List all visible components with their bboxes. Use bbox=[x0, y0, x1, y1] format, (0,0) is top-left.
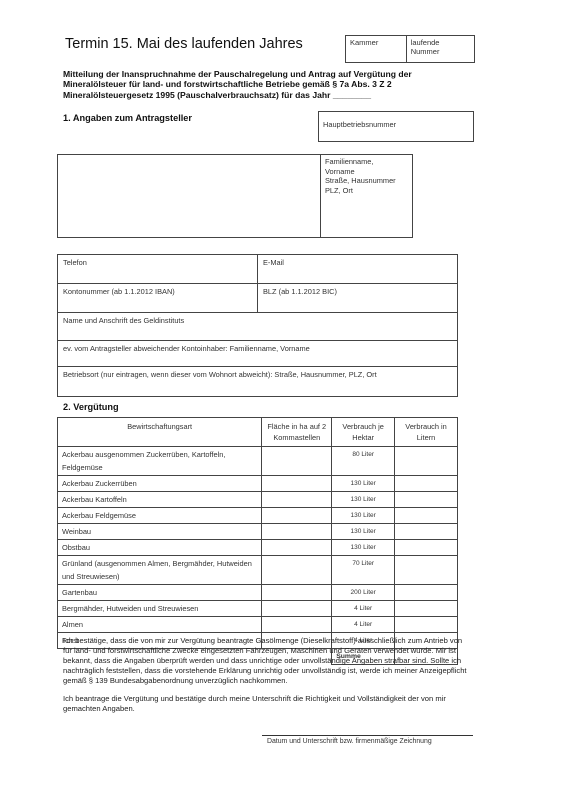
table-row: Obstbau130 Liter bbox=[58, 540, 458, 556]
verbrauch-je-hektar-cell: 4 Liter bbox=[332, 601, 395, 617]
declaration-paragraph-2: Ich beantrage die Vergütung und bestätig… bbox=[63, 694, 473, 714]
verbrauch-in-litern-input[interactable] bbox=[395, 508, 458, 524]
col-verbrauch-je-hektar: Verbrauch je Hektar bbox=[332, 418, 395, 447]
verbrauch-je-hektar-cell: 70 Liter bbox=[332, 556, 395, 585]
flaeche-input[interactable] bbox=[262, 524, 332, 540]
kontonummer-label: Kontonummer (ab 1.1.2012 IBAN) bbox=[63, 287, 175, 296]
section2-heading: 2. Vergütung bbox=[63, 402, 119, 412]
table-header: Bewirtschaftungsart Fläche in ha auf 2 K… bbox=[58, 418, 458, 447]
verbrauch-in-litern-input[interactable] bbox=[395, 585, 458, 601]
verbrauch-in-litern-input[interactable] bbox=[395, 447, 458, 476]
flaeche-input[interactable] bbox=[262, 540, 332, 556]
verbrauch-je-hektar-cell: 4 Liter bbox=[332, 617, 395, 633]
subtitle-line: Mineralölsteuergesetz 1995 (Pauschalverb… bbox=[63, 90, 443, 100]
section1-heading: 1. Angaben zum Antragsteller bbox=[63, 113, 192, 123]
blz-label: BLZ (ab 1.1.2012 BIC) bbox=[263, 287, 337, 296]
subtitle-line: Mineralölsteuer für land- und forstwirts… bbox=[63, 79, 443, 89]
betriebsort-label: Betriebsort (nur eintragen, wenn dieser … bbox=[63, 370, 377, 379]
table-row: Grünland (ausgenommen Almen, Bergmähder,… bbox=[58, 556, 458, 585]
col-verbrauch-in-litern: Verbrauch in Litern bbox=[395, 418, 458, 447]
verbrauch-in-litern-input[interactable] bbox=[395, 476, 458, 492]
betriebsort-field[interactable]: Betriebsort (nur eintragen, wenn dieser … bbox=[57, 366, 458, 397]
flaeche-input[interactable] bbox=[262, 617, 332, 633]
bewirtschaftungsart-cell: Bergmähder, Hutweiden und Streuwiesen bbox=[58, 601, 262, 617]
blz-field[interactable]: BLZ (ab 1.1.2012 BIC) bbox=[257, 284, 457, 312]
label-strasse: Straße, Hausnummer bbox=[325, 176, 408, 186]
form-subtitle: Mitteilung der Inanspruchnahme der Pausc… bbox=[63, 69, 443, 100]
laufende-nummer-label: laufende Nummer bbox=[411, 38, 440, 56]
address-block: Familienname, Vorname Straße, Hausnummer… bbox=[57, 154, 413, 238]
flaeche-input[interactable] bbox=[262, 447, 332, 476]
declaration-paragraph-1: Ich bestätige, dass die von mir zur Verg… bbox=[63, 636, 473, 686]
geldinstitut-label: Name und Anschrift des Geldinstituts bbox=[63, 316, 184, 325]
signature-label: Datum und Unterschrift bzw. firmenmäßige… bbox=[267, 738, 432, 745]
table-row: Ackerbau ausgenommen Zuckerrüben, Kartof… bbox=[58, 447, 458, 476]
table-row: Ackerbau Kartoffeln130 Liter bbox=[58, 492, 458, 508]
bewirtschaftungsart-cell: Gartenbau bbox=[58, 585, 262, 601]
flaeche-input[interactable] bbox=[262, 585, 332, 601]
bewirtschaftungsart-cell: Ackerbau Kartoffeln bbox=[58, 492, 262, 508]
kammer-number-box: Kammer laufende Nummer bbox=[345, 35, 475, 63]
row-bank: Kontonummer (ab 1.1.2012 IBAN) BLZ (ab 1… bbox=[57, 283, 458, 312]
verbrauch-je-hektar-cell: 130 Liter bbox=[332, 476, 395, 492]
verbrauch-in-litern-input[interactable] bbox=[395, 524, 458, 540]
verbrauch-je-hektar-cell: 80 Liter bbox=[332, 447, 395, 476]
kammer-field[interactable]: Kammer bbox=[346, 36, 407, 62]
address-input[interactable] bbox=[58, 155, 321, 237]
bewirtschaftungsart-cell: Ackerbau Zuckerrüben bbox=[58, 476, 262, 492]
verguetung-table: Bewirtschaftungsart Fläche in ha auf 2 K… bbox=[57, 417, 458, 665]
flaeche-input[interactable] bbox=[262, 508, 332, 524]
row-contact: Telefon E-Mail bbox=[57, 254, 458, 283]
flaeche-input[interactable] bbox=[262, 601, 332, 617]
flaeche-input[interactable] bbox=[262, 492, 332, 508]
hauptbetriebsnummer-label: Hauptbetriebsnummer bbox=[323, 120, 396, 129]
verbrauch-je-hektar-cell: 130 Liter bbox=[332, 492, 395, 508]
laufende-nummer-field[interactable]: laufende Nummer bbox=[407, 36, 474, 62]
flaeche-input[interactable] bbox=[262, 556, 332, 585]
email-label: E-Mail bbox=[263, 258, 284, 267]
col-flaeche: Fläche in ha auf 2 Kommastellen bbox=[262, 418, 332, 447]
label-vorname: Vorname bbox=[325, 167, 408, 177]
form-title: Termin 15. Mai des laufenden Jahres bbox=[65, 36, 303, 52]
telefon-label: Telefon bbox=[63, 258, 87, 267]
address-labels: Familienname, Vorname Straße, Hausnummer… bbox=[321, 155, 412, 237]
verbrauch-in-litern-input[interactable] bbox=[395, 601, 458, 617]
flaeche-input[interactable] bbox=[262, 476, 332, 492]
verbrauch-in-litern-input[interactable] bbox=[395, 617, 458, 633]
verbrauch-in-litern-input[interactable] bbox=[395, 556, 458, 585]
verbrauch-in-litern-input[interactable] bbox=[395, 540, 458, 556]
bewirtschaftungsart-cell: Obstbau bbox=[58, 540, 262, 556]
kontoinhaber-label: ev. vom Antragsteller abweichender Konto… bbox=[63, 344, 310, 353]
table-row: Almen4 Liter bbox=[58, 617, 458, 633]
email-field[interactable]: E-Mail bbox=[257, 255, 457, 283]
bewirtschaftungsart-cell: Almen bbox=[58, 617, 262, 633]
col-bewirtschaftungsart: Bewirtschaftungsart bbox=[58, 418, 262, 447]
label-familienname: Familienname, bbox=[325, 157, 408, 167]
verbrauch-je-hektar-cell: 130 Liter bbox=[332, 540, 395, 556]
bewirtschaftungsart-cell: Ackerbau ausgenommen Zuckerrüben, Kartof… bbox=[58, 447, 262, 476]
table-row: Bergmähder, Hutweiden und Streuwiesen4 L… bbox=[58, 601, 458, 617]
hauptbetriebsnummer-field[interactable]: Hauptbetriebsnummer bbox=[318, 111, 474, 142]
subtitle-line: Mitteilung der Inanspruchnahme der Pausc… bbox=[63, 69, 443, 79]
table-row: Gartenbau200 Liter bbox=[58, 585, 458, 601]
geldinstitut-field[interactable]: Name und Anschrift des Geldinstituts bbox=[57, 312, 458, 340]
kontonummer-field[interactable]: Kontonummer (ab 1.1.2012 IBAN) bbox=[58, 284, 257, 312]
kontoinhaber-field[interactable]: ev. vom Antragsteller abweichender Konto… bbox=[57, 340, 458, 366]
signature-line[interactable] bbox=[262, 735, 473, 736]
table-row: Ackerbau Feldgemüse130 Liter bbox=[58, 508, 458, 524]
verbrauch-je-hektar-cell: 130 Liter bbox=[332, 524, 395, 540]
table-row: Ackerbau Zuckerrüben130 Liter bbox=[58, 476, 458, 492]
table-row: Weinbau130 Liter bbox=[58, 524, 458, 540]
verbrauch-in-litern-input[interactable] bbox=[395, 492, 458, 508]
label-plz-ort: PLZ, Ort bbox=[325, 186, 408, 196]
bewirtschaftungsart-cell: Grünland (ausgenommen Almen, Bergmähder,… bbox=[58, 556, 262, 585]
telefon-field[interactable]: Telefon bbox=[58, 255, 257, 283]
bewirtschaftungsart-cell: Ackerbau Feldgemüse bbox=[58, 508, 262, 524]
kammer-label: Kammer bbox=[350, 38, 378, 47]
verbrauch-je-hektar-cell: 200 Liter bbox=[332, 585, 395, 601]
verbrauch-je-hektar-cell: 130 Liter bbox=[332, 508, 395, 524]
bewirtschaftungsart-cell: Weinbau bbox=[58, 524, 262, 540]
